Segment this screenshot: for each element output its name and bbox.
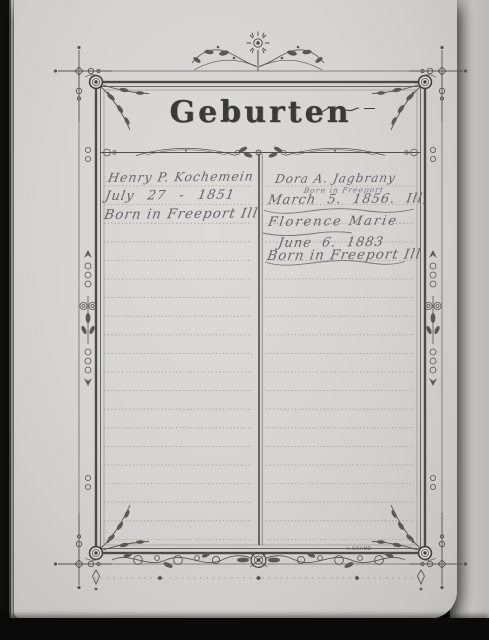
page-frames	[79, 71, 442, 564]
entry-right-child-name: Florence Marie	[267, 214, 399, 230]
entry-left-birthdate: July 27 - 1851	[104, 188, 236, 204]
title-divider	[100, 146, 421, 159]
scanned-register-photo: Geburten Henry P. Kochemein July 27 - 18…	[0, 0, 489, 640]
page-title: Geburten	[96, 95, 425, 130]
bottom-garland-ornament	[93, 551, 425, 591]
entry-right-name: Dora A. Jagbrany	[274, 171, 397, 186]
engraver-mark: L.GRAND	[347, 547, 371, 552]
entry-right-child-birthplace: Born in Freeport Ill	[266, 246, 422, 264]
entry-right-birthdate: March 5. 1856. Ill,	[267, 191, 429, 208]
top-crest-ornament	[192, 32, 324, 72]
background-bottom	[0, 618, 489, 640]
column-divider	[259, 154, 262, 545]
entry-left-birthplace: Born in Freeport Ill	[103, 205, 259, 223]
entry-left-name: Henry P. Kochemein	[107, 168, 255, 185]
